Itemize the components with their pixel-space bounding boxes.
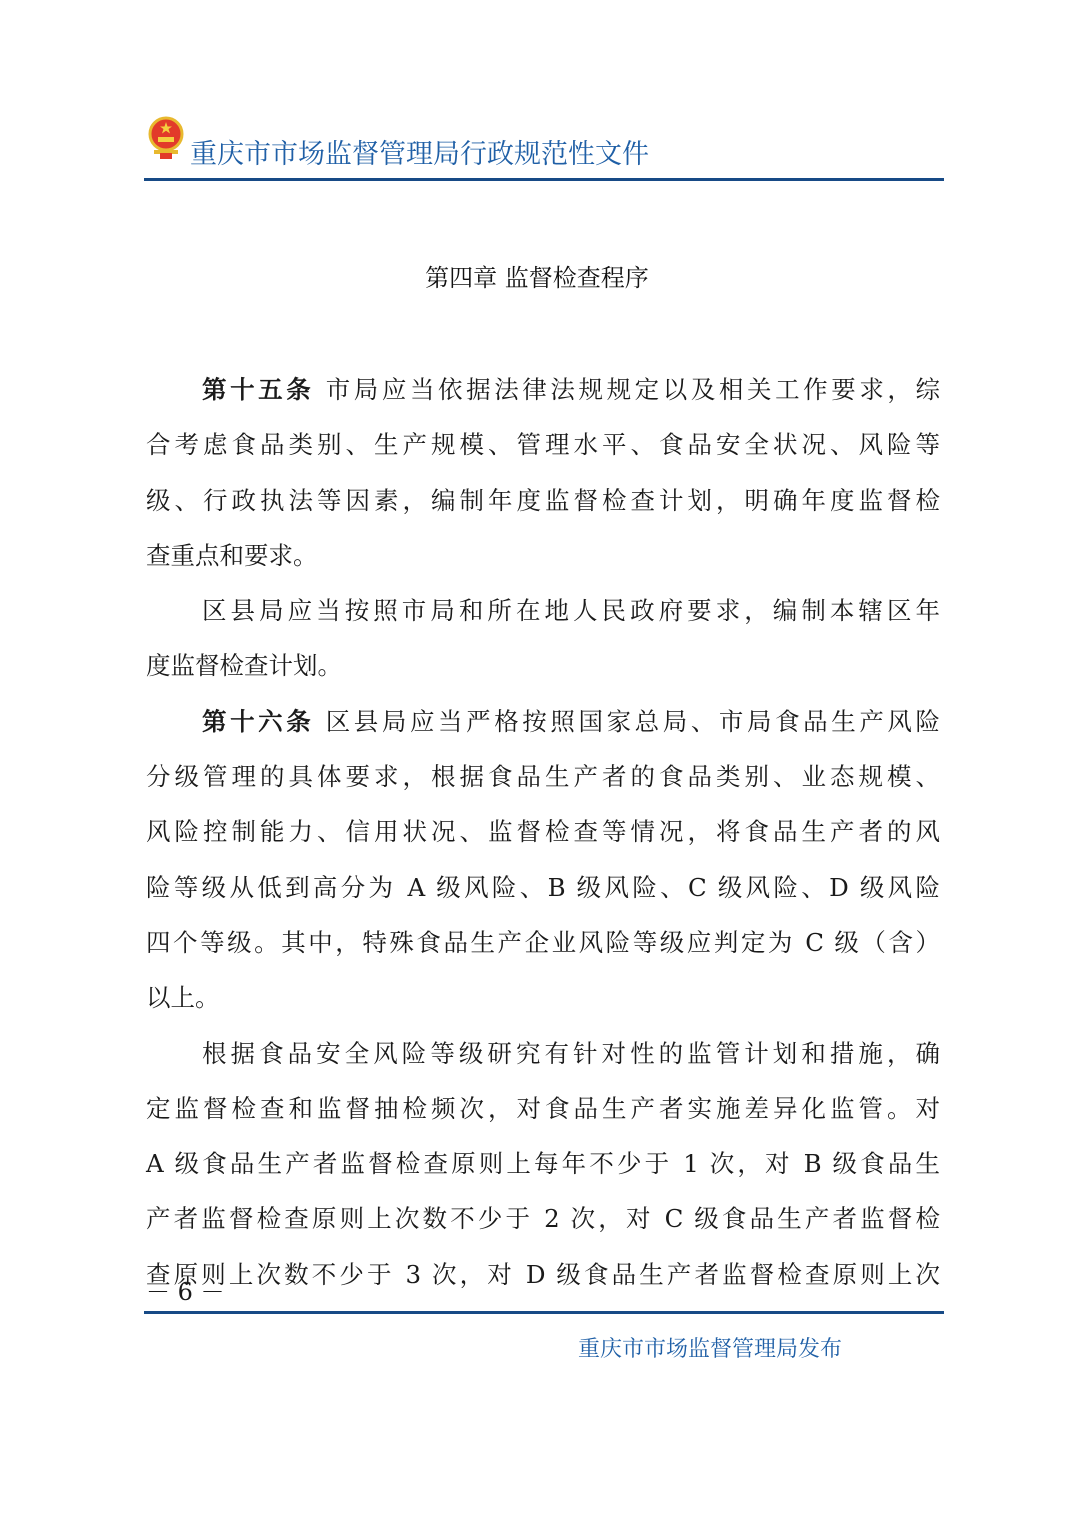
text-line: 风险控制能力、信用状况、监督检查等情况，将食品生产者的风 — [146, 804, 940, 859]
text-line: 定监督检查和监督抽检频次，对食品生产者实施差异化监管。对 — [146, 1081, 940, 1136]
page-number: － 6 － — [146, 1272, 225, 1307]
text-line: A 级食品生产者监督检查原则上每年不少于 1 次，对 B 级食品生 — [146, 1136, 940, 1191]
text-line: 分级管理的具体要求，根据食品生产者的食品类别、业态规模、 — [146, 749, 940, 804]
text-line: 区县局应当按照市局和所在地人民政府要求，编制本辖区年 — [146, 583, 940, 638]
text-line: 度监督检查计划。 — [146, 638, 940, 693]
national-emblem-icon — [146, 116, 186, 160]
text-line: 查原则上次数不少于 3 次，对 D 级食品生产者监督检查原则上次 — [146, 1247, 940, 1302]
article-16-line-1: 第十六条 区县局应当严格按照国家总局、市局食品生产风险 — [146, 694, 940, 749]
document-body: 第十五条 市局应当依据法律法规规定以及相关工作要求，综 合考虑食品类别、生产规模… — [146, 362, 940, 1302]
text-line: 合考虑食品类别、生产规模、管理水平、食品安全状况、风险等 — [146, 417, 940, 472]
text-line: 四个等级。其中，特殊食品生产企业风险等级应判定为 C 级（含） — [146, 915, 940, 970]
footer-divider — [144, 1311, 944, 1314]
article-label: 第十六条 — [202, 707, 314, 736]
header-title: 重庆市市场监督管理局行政规范性文件 — [190, 132, 649, 171]
document-header: 重庆市市场监督管理局行政规范性文件 — [144, 112, 944, 172]
text-line: 以上。 — [146, 970, 940, 1025]
footer-publisher: 重庆市市场监督管理局发布 — [578, 1332, 842, 1363]
chapter-title: 第四章 监督检查程序 — [0, 258, 1074, 293]
text-line: 级、行政执法等因素，编制年度监督检查计划，明确年度监督检 — [146, 473, 940, 528]
text-line: 根据食品安全风险等级研究有针对性的监管计划和措施，确 — [146, 1026, 940, 1081]
text-line: 险等级从低到高分为 A 级风险、B 级风险、C 级风险、D 级风险 — [146, 860, 940, 915]
article-15-line-1: 第十五条 市局应当依据法律法规规定以及相关工作要求，综 — [146, 362, 940, 417]
text-line: 产者监督检查原则上次数不少于 2 次，对 C 级食品生产者监督检 — [146, 1191, 940, 1246]
text-line: 查重点和要求。 — [146, 528, 940, 583]
header-divider — [144, 178, 944, 181]
article-label: 第十五条 — [202, 375, 314, 404]
